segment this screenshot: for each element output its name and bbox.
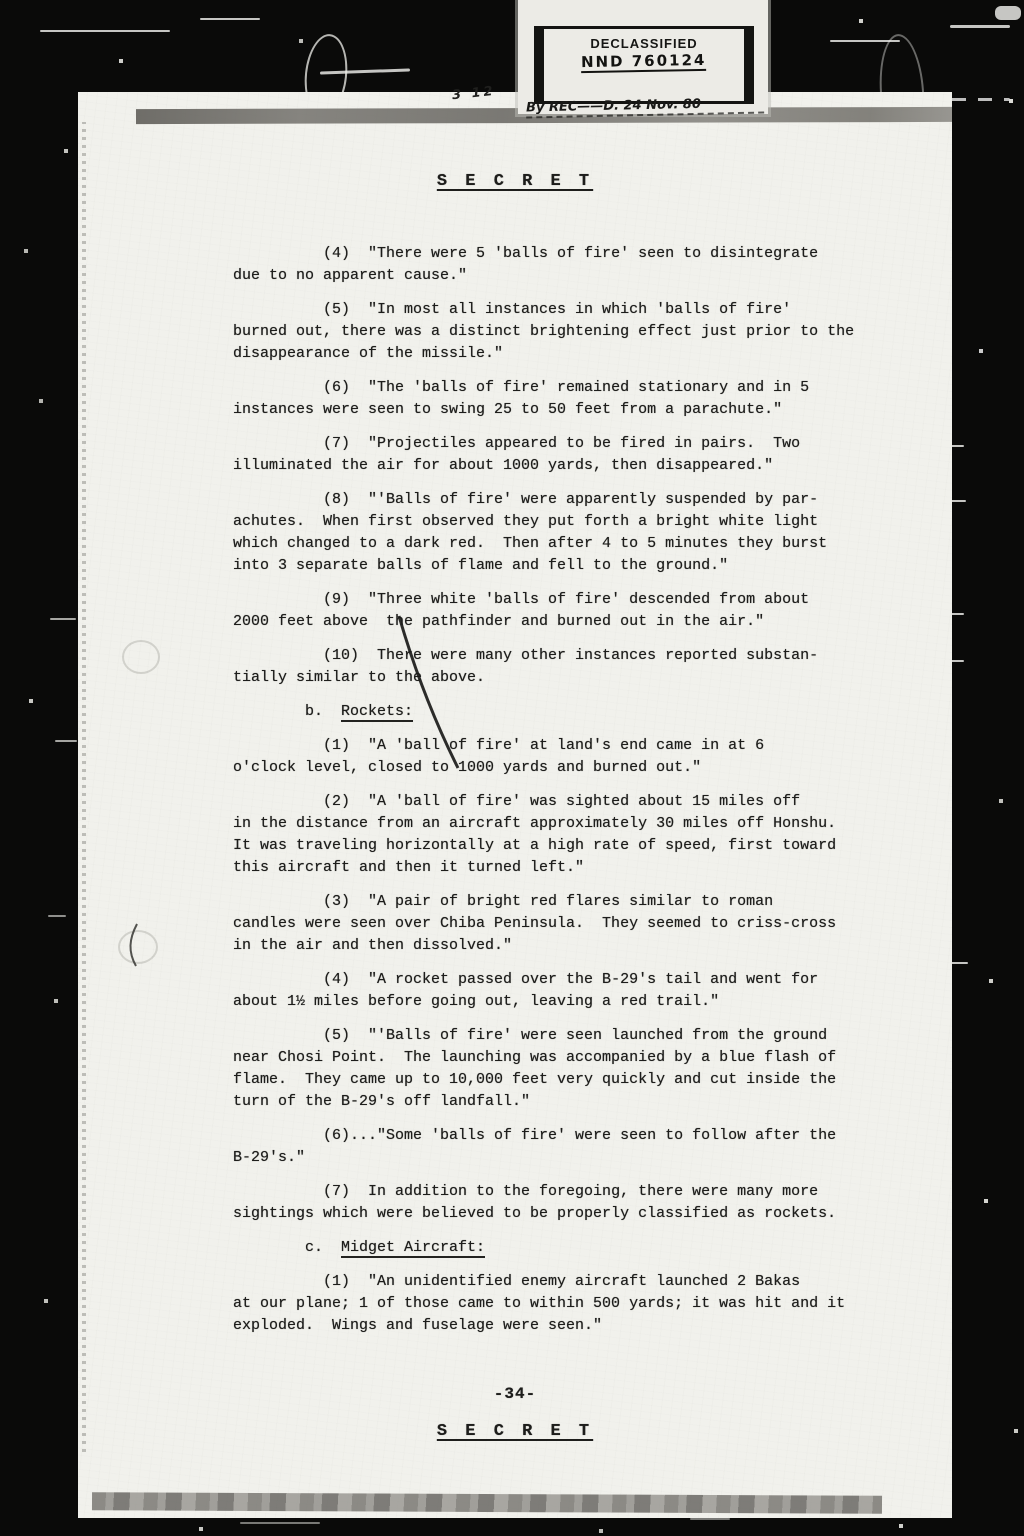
paragraph-rockets-2: (2) "A 'ball of fire' was sighted about …: [233, 791, 885, 879]
paragraph-balls-6: (6) "The 'balls of fire' remained statio…: [233, 377, 885, 421]
classification-header-text: S E C R E T: [437, 172, 593, 191]
smudge-ring: [118, 930, 158, 964]
stamp-serial-number: NND 760124: [581, 51, 707, 73]
paragraph-midget-1: (1) "An unidentified enemy aircraft laun…: [233, 1271, 885, 1337]
paragraph-balls-9: (9) "Three white 'balls of fire' descend…: [233, 589, 885, 633]
scan-blotch: [995, 6, 1021, 20]
declassified-stamp: DECLASSIFIED NND 760124 By REC——D. 24 No…: [518, 0, 768, 114]
scan-scratch: [40, 30, 170, 32]
page-number: -34-: [78, 1385, 952, 1403]
scan-scratch: [200, 18, 260, 20]
paragraph-rockets-7: (7) In addition to the foregoing, there …: [233, 1181, 885, 1225]
section-title: Rockets:: [341, 703, 413, 722]
smudge-ring: [122, 640, 160, 674]
classification-footer: S E C R E T: [78, 1422, 952, 1441]
scan-scratch: [950, 25, 1010, 28]
paragraph-rockets-5: (5) "'Balls of fire' were seen launched …: [233, 1025, 885, 1113]
page-edge-artifact: [82, 122, 86, 1452]
paragraph-balls-8: (8) "'Balls of fire' were apparently sus…: [233, 489, 885, 577]
paragraph-balls-4: (4) "There were 5 'balls of fire' seen t…: [233, 243, 885, 287]
stamp-title: DECLASSIFIED: [544, 36, 744, 51]
page-bottom-shadow: [92, 1492, 882, 1513]
classification-header: S E C R E T: [78, 172, 952, 191]
paragraph-rockets-1: (1) "A 'ball of fire' at land's end came…: [233, 735, 885, 779]
paragraph-balls-7: (7) "Projectiles appeared to be fired in…: [233, 433, 885, 477]
paragraph-rockets-3: (3) "A pair of bright red flares similar…: [233, 891, 885, 957]
scan-scratch: [690, 1518, 730, 1520]
stamp-frame: DECLASSIFIED NND 760124: [534, 26, 754, 104]
paragraph-balls-5: (5) "In most all instances in which 'bal…: [233, 299, 885, 365]
classification-footer-text: S E C R E T: [437, 1422, 593, 1441]
scan-scratch: [240, 1522, 320, 1524]
section-heading-midget-aircraft: c. Midget Aircraft:: [233, 1237, 885, 1259]
scan-scratch: [950, 613, 964, 615]
section-heading-rockets: b. Rockets:: [233, 701, 885, 723]
document-body: (4) "There were 5 'balls of fire' seen t…: [233, 243, 885, 1349]
scan-scratch: [55, 740, 77, 742]
paragraph-balls-10: (10) There were many other instances rep…: [233, 645, 885, 689]
paragraph-rockets-6: (6)..."Some 'balls of fire' were seen to…: [233, 1125, 885, 1169]
paper: S E C R E T (4) "There were 5 'balls of …: [78, 92, 952, 1518]
scanned-document-page: { "stamp": { "title": "DECLASSIFIED", "s…: [0, 0, 1024, 1536]
section-label: c.: [233, 1239, 341, 1256]
scan-scratch: [48, 915, 66, 917]
paragraph-rockets-4: (4) "A rocket passed over the B-29's tai…: [233, 969, 885, 1013]
section-title: Midget Aircraft:: [341, 1239, 485, 1258]
scan-scratch: [50, 618, 76, 620]
section-label: b.: [233, 703, 341, 720]
scan-noise-specks: [0, 0, 2, 2]
